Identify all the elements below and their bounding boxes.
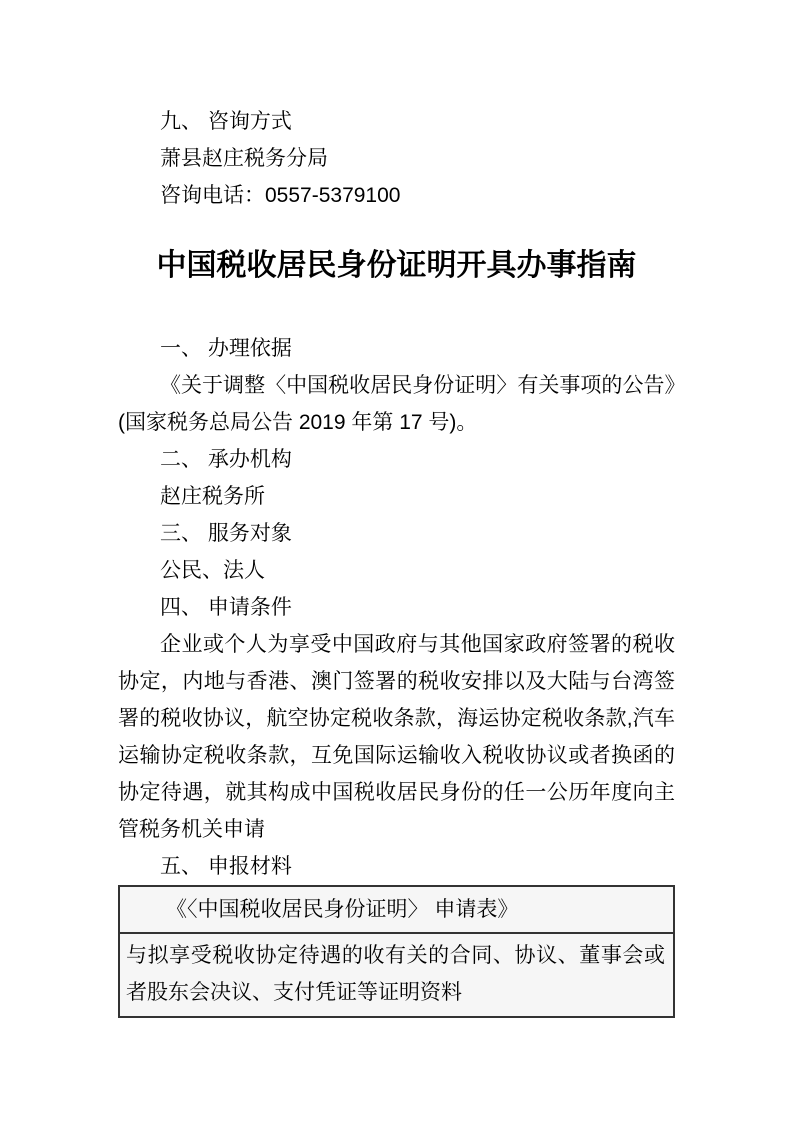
section-4-body: 企业或个人为享受中国政府与其他国家政府签署的税收协定，内地与香港、澳门签署的税收… <box>118 626 675 848</box>
section-1-heading: 一、 办理依据 <box>118 330 675 367</box>
section-5-heading: 五、 申报材料 <box>118 848 675 885</box>
contact-office: 萧县赵庄税务分局 <box>118 140 675 177</box>
document-page: 九、 咨询方式 萧县赵庄税务分局 咨询电话：0557-5379100 中国税收居… <box>0 0 793 1122</box>
section-2-body: 赵庄税务所 <box>118 478 675 515</box>
materials-table-row-application-form: 《〈中国税收居民身份证明〉 申请表》 <box>120 887 673 934</box>
section-9-heading: 九、 咨询方式 <box>118 103 675 140</box>
section-1-body: 《关于调整〈中国税收居民身份证明〉有关事项的公告》(国家税务总局公告 2019 … <box>118 367 675 441</box>
contact-phone: 咨询电话：0557-5379100 <box>118 177 675 214</box>
section-3-heading: 三、 服务对象 <box>118 515 675 552</box>
document-content: 九、 咨询方式 萧县赵庄税务分局 咨询电话：0557-5379100 中国税收居… <box>0 0 793 1018</box>
page-title: 中国税收居民身份证明开具办事指南 <box>118 244 675 288</box>
materials-table: 《〈中国税收居民身份证明〉 申请表》 与拟享受税收协定待遇的收有关的合同、协议、… <box>118 885 675 1018</box>
section-4-heading: 四、 申请条件 <box>118 589 675 626</box>
section-2-heading: 二、 承办机构 <box>118 441 675 478</box>
section-3-body: 公民、法人 <box>118 552 675 589</box>
materials-table-row-supporting-documents: 与拟享受税收协定待遇的收有关的合同、协议、董事会或者股东会决议、支付凭证等证明资… <box>120 934 673 1016</box>
